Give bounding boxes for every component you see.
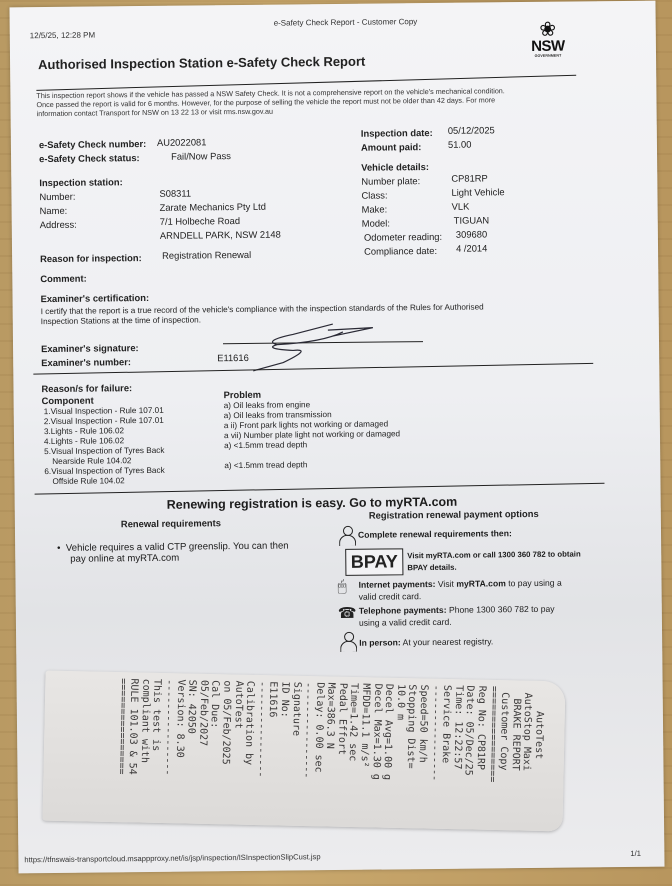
slip-line: Decel Avg=1.00 g: [381, 684, 395, 781]
slip-line: Max=386.3 N: [323, 682, 337, 779]
vehicle-class: Light Vehicle: [451, 186, 504, 198]
bullet-icon: •: [57, 543, 66, 554]
document-label: e-Safety Check Report - Customer Copy: [274, 17, 418, 28]
examiner-signature: [233, 321, 424, 373]
slip-line: Decel Max=1.30 g: [370, 683, 384, 780]
station-heading: Inspection station:: [39, 176, 122, 188]
slip-line: compliant with: [138, 679, 152, 776]
brake-report-text: AutoTest AutoStop Maxi BRAKE REPORT Cust…: [115, 678, 546, 783]
slip-line: on 05/Feb/2025: [219, 680, 233, 777]
internet-label: Internet payments:: [358, 579, 435, 590]
failure-problem: a) <1.5mm tread depth: [224, 440, 307, 450]
page-number: 1/1: [630, 849, 641, 858]
slip-line: ----------------: [300, 682, 314, 779]
slip-line: MFDD=11.1 m/s²: [358, 683, 372, 780]
failure-heading: Reason/s for failure:: [41, 382, 132, 394]
slip-line: ----------------: [427, 685, 441, 782]
reason-value: Registration Renewal: [162, 249, 251, 261]
brake-report-slip: AutoTest AutoStop Maxi BRAKE REPORT Cust…: [42, 671, 565, 832]
station-name: Zarate Mechanics Pty Ltd: [160, 201, 266, 213]
internet-text: Visit: [438, 579, 454, 589]
station-address-label: Address:: [40, 219, 77, 230]
problem-header: Problem: [223, 389, 261, 400]
certification-line1: I certify that the report is a true reco…: [41, 302, 484, 316]
slip-line: Stopping Dist=: [404, 684, 418, 781]
odometer-reading: 309680: [456, 228, 487, 239]
station-address-line1: 7/1 Holbeche Road: [160, 215, 240, 227]
complete-requirements-label: Complete renewal requirements then:: [358, 528, 512, 540]
telephone-payments: Telephone payments: Phone 1300 360 782 t…: [359, 603, 555, 629]
phone-line2: using a valid credit card.: [359, 615, 555, 629]
vehicle-class-label: Class:: [361, 189, 387, 200]
slip-line: RULE 101.03 & 54: [126, 678, 140, 775]
examiner-number: E11616: [217, 352, 249, 363]
report-title: Authorised Inspection Station e-Safety C…: [38, 54, 365, 72]
telephone-icon: ☎: [338, 604, 357, 622]
renewal-requirements-heading: Renewal requirements: [121, 517, 221, 529]
page-url: https://tfnswais-transportcloud.msapppro…: [24, 852, 320, 864]
failure-problem: a) Oil leaks from transmission: [224, 410, 332, 420]
bpay-line: Visit myRTA.com or call 1300 360 782 to …: [407, 548, 581, 562]
requirement-bullet: • Vehicle requires a valid CTP greenslip…: [57, 541, 289, 565]
check-number-label: e-Safety Check number:: [39, 138, 146, 150]
examiner-number-label: Examiner's number:: [41, 356, 131, 368]
bpay-details: Visit myRTA.com or call 1300 360 782 to …: [407, 548, 581, 574]
bpay-line: BPAY details.: [407, 560, 581, 574]
slip-line: ================: [485, 686, 499, 783]
in-person-text: At your nearest registry.: [403, 636, 494, 647]
station-number: S08311: [159, 188, 191, 199]
report-intro: This inspection report shows if the vehi…: [36, 85, 581, 118]
vehicle-make: VLK: [452, 201, 470, 212]
certification-heading: Examiner's certification:: [40, 292, 149, 304]
print-timestamp: 12/5/25, 12:28 PM: [30, 31, 95, 41]
internet-payments: Internet payments: Visit myRTA.com to pa…: [358, 577, 561, 603]
certification-line2: Inspection Stations at the time of inspe…: [41, 315, 201, 326]
requirement-line: pay online at myRTA.com: [57, 552, 289, 565]
failure-component-cont: Offside Rule 104.02: [52, 476, 124, 486]
internet-text: to pay using a: [508, 578, 562, 589]
station-number-label: Number:: [39, 191, 75, 202]
slip-line: Calibration by: [242, 681, 256, 778]
payment-options-heading: Registration renewal payment options: [369, 508, 539, 521]
failure-problem: a ii) Front park lights not working or d…: [224, 419, 388, 430]
failure-component: 6.Visual Inspection of Tyres Back: [44, 466, 164, 476]
check-status: Fail/Now Pass: [171, 150, 231, 162]
vehicle-heading: Vehicle details:: [361, 161, 429, 173]
inspection-date-label: Inspection date:: [361, 127, 433, 139]
failure-component: 3.Lights - Rule 106.02: [44, 426, 124, 436]
reason-label: Reason for inspection:: [40, 252, 142, 264]
person-icon: [340, 632, 356, 650]
in-person-payments: In person: At your nearest registry.: [359, 636, 493, 647]
slip-line: 05/Feb/2027: [196, 680, 210, 777]
amount-paid-label: Amount paid:: [361, 141, 422, 153]
slip-line: BRAKE REPORT: [509, 686, 523, 783]
nsw-government-logo: ❀ NSW GOVERNMENT: [526, 20, 570, 58]
internet-line2: valid credit card.: [359, 589, 562, 603]
slip-line: ================: [115, 678, 129, 775]
slip-line: ----------------: [254, 681, 268, 778]
compliance-date-label: Compliance date:: [364, 245, 437, 257]
slip-line: Time: 12:22:57: [451, 685, 465, 782]
failure-problem: a) Oil leaks from engine: [224, 400, 311, 410]
failure-component: 5.Visual Inspection of Tyres Back: [44, 446, 164, 456]
odometer-label: Odometer reading:: [364, 231, 442, 243]
slip-line: Customer Copy: [497, 686, 511, 783]
signature-label: Examiner's signature:: [41, 342, 139, 354]
person-icon: [339, 526, 355, 544]
failure-component: 2.Visual Inspection - Rule 107.01: [44, 416, 164, 426]
slip-line: Delay: 0.00 sec: [312, 682, 326, 779]
vehicle-model: TIGUAN: [454, 214, 490, 225]
station-address-line2: ARNDELL PARK, NSW 2148: [160, 229, 281, 241]
number-plate: CP81RP: [451, 172, 488, 183]
slip-line: E11616: [265, 681, 279, 778]
slip-line: ----------------: [161, 679, 175, 776]
compliance-date: 4 /2014: [456, 242, 487, 253]
bpay-logo: BPAY: [345, 548, 403, 576]
myrta-link: myRTA.com: [456, 578, 506, 589]
component-header: Component: [42, 395, 94, 407]
phone-label: Telephone payments:: [359, 605, 447, 616]
vehicle-model-label: Model:: [362, 217, 390, 228]
in-person-label: In person:: [359, 637, 401, 647]
slip-line: AutoTest: [532, 687, 546, 784]
failure-component-cont: Nearside Rule 104.02: [52, 456, 131, 466]
slip-line: Reg No: CP81RP: [474, 686, 488, 783]
mouse-icon: 🖱: [337, 578, 346, 595]
logo-text: NSW: [526, 40, 570, 54]
slip-line: Version: 8.30: [172, 679, 186, 776]
slip-line: SN: 42050: [184, 680, 198, 777]
number-plate-label: Number plate:: [361, 175, 420, 187]
comment-label: Comment:: [40, 273, 86, 284]
slip-line: AutoStop Maxi: [520, 687, 534, 784]
amount-paid: 51.00: [448, 139, 472, 150]
station-name-label: Name:: [40, 205, 68, 216]
failure-problem: a vii) Number plate light not working or…: [224, 429, 400, 440]
vehicle-make-label: Make:: [362, 203, 388, 214]
slip-line: Pedal Effort: [335, 683, 349, 780]
failure-component: 1.Visual Inspection - Rule 107.01: [44, 406, 164, 416]
slip-line: ID No:: [277, 681, 291, 778]
check-number: AU2022081: [157, 136, 207, 148]
check-status-label: e-Safety Check status:: [39, 152, 140, 164]
inspection-date: 05/12/2025: [448, 124, 495, 135]
failure-component: 4.Lights - Rule 106.02: [44, 436, 124, 446]
failure-problem: a) <1.5mm tread depth: [224, 460, 307, 470]
phone-text: Phone 1300 360 782 to pay: [449, 604, 555, 615]
